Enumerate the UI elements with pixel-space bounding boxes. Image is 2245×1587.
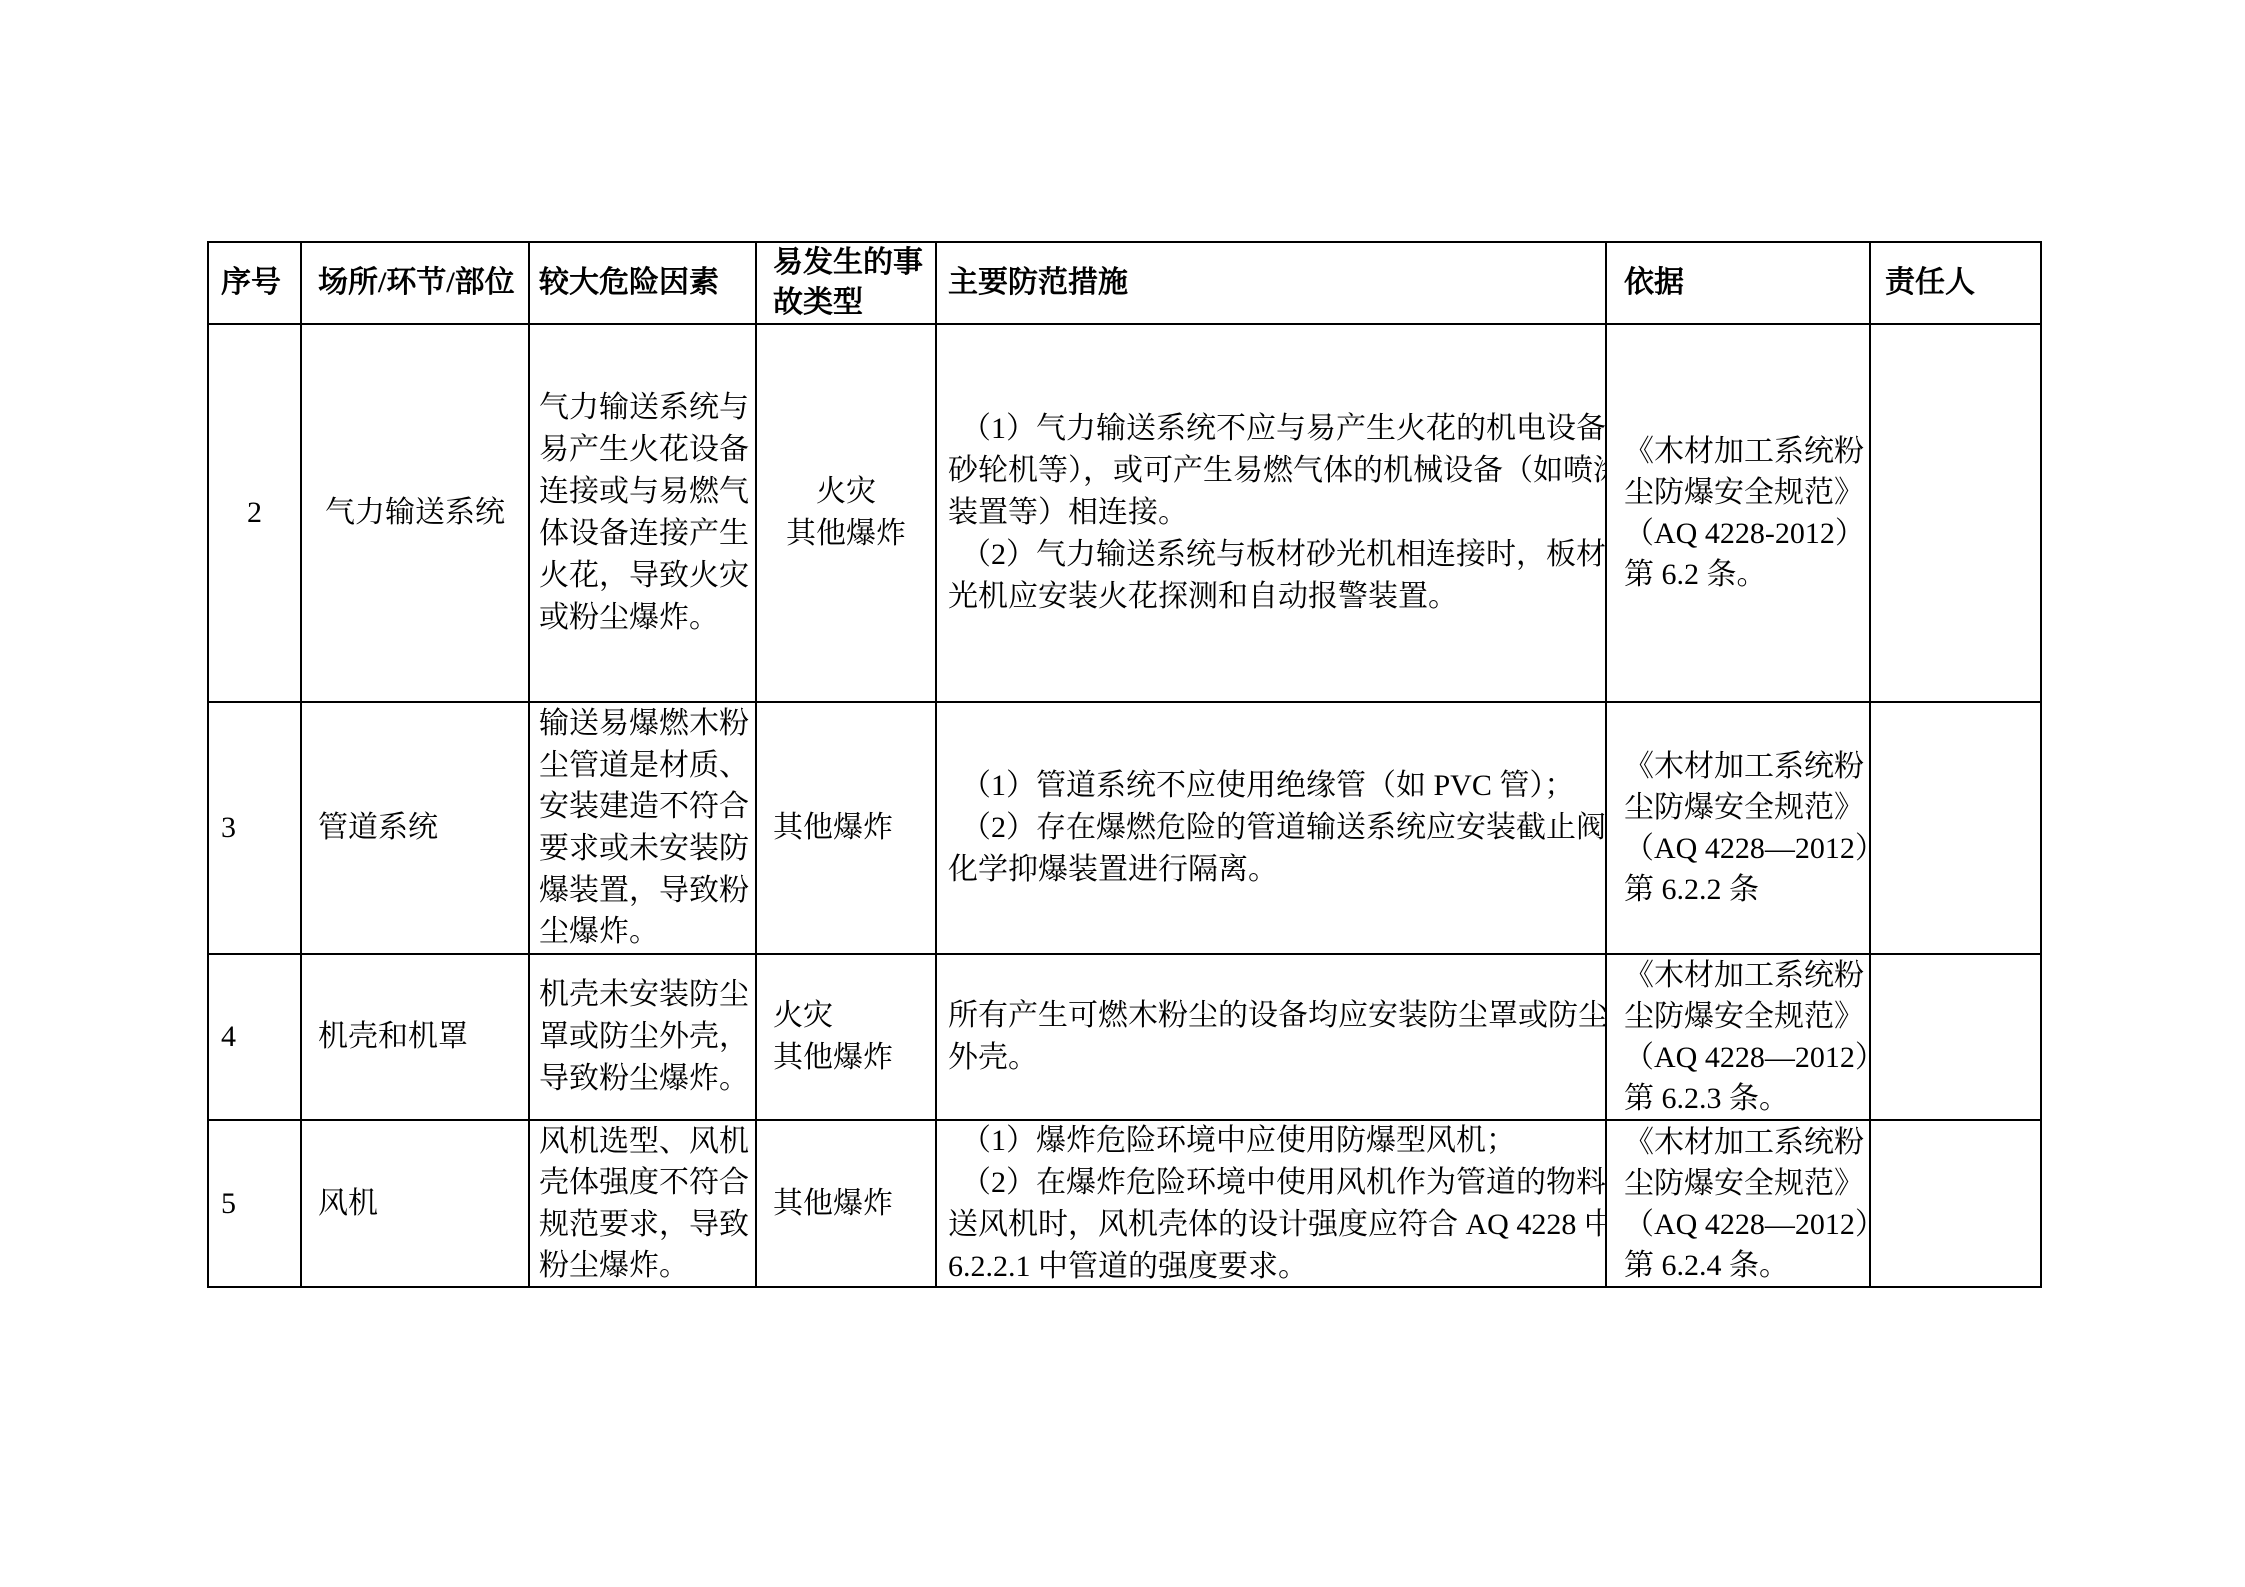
measure-line: 化学抑爆装置进行隔离。 <box>948 849 1605 891</box>
basis-line: （AQ 4228-2012） <box>1624 513 1869 554</box>
accident-type: 火灾 <box>816 471 876 513</box>
measure-line: （1）爆炸危险环境中应使用防爆型风机； <box>948 1121 1605 1162</box>
basis-line: （AQ 4228—2012） <box>1624 1037 1869 1078</box>
row4-basis-cell: 《木材加工系统粉 尘防爆安全规范》 （AQ 4228—2012） 第 6.2.3… <box>1607 955 1871 1121</box>
measure-line: 所有产生可燃木粉尘的设备均应安装防尘罩或防尘 <box>948 995 1605 1037</box>
accident-type: 其他爆炸 <box>773 1183 935 1225</box>
hazard-line: 安装建造不符合 <box>539 786 755 828</box>
row5-accident-cell: 其他爆炸 <box>757 1121 937 1288</box>
row3-hazard-cell: 输送易爆燃木粉 尘管道是材质、 安装建造不符合 要求或未安装防 爆装置，导致粉 … <box>530 703 757 955</box>
measure-line: 外壳。 <box>948 1037 1605 1079</box>
row5-basis-cell: 《木材加工系统粉 尘防爆安全规范》 （AQ 4228—2012） 第 6.2.4… <box>1607 1121 1871 1288</box>
basis-line: 《木材加工系统粉 <box>1624 746 1869 787</box>
measure-line: （2）存在爆燃危险的管道输送系统应安装截止阀或 <box>948 807 1605 849</box>
basis-line: 尘防爆安全规范》 <box>1624 1163 1869 1204</box>
col-header-hazard: 较大危险因素 <box>530 243 757 325</box>
hazard-line: 尘管道是材质、 <box>539 745 755 787</box>
row3-location-cell: 管道系统 <box>302 703 530 955</box>
row5-hazard-cell: 风机选型、风机 壳体强度不符合 规范要求，导致 粉尘爆炸。 <box>530 1121 757 1288</box>
row3-accident-cell: 其他爆炸 <box>757 703 937 955</box>
hazard-line: 罩或防尘外壳， <box>539 1016 755 1058</box>
hazard-line: 易产生火花设备 <box>539 429 755 471</box>
basis-line: 第 6.2 条。 <box>1624 554 1869 595</box>
hazard-line: 连接或与易燃气 <box>539 471 755 513</box>
hazard-line: 粉尘爆炸。 <box>539 1245 755 1286</box>
accident-type: 火灾 <box>773 995 935 1037</box>
basis-line: 第 6.2.3 条。 <box>1624 1078 1869 1119</box>
hazard-line: 输送易爆燃木粉 <box>539 703 755 745</box>
basis-line: 第 6.2.2 条 <box>1624 869 1869 910</box>
measure-line: 砂轮机等），或可产生易燃气体的机械设备（如喷涂 <box>948 450 1605 492</box>
hazard-line: 规范要求，导致 <box>539 1204 755 1245</box>
col-header-location: 场所/环节/部位 <box>302 243 530 325</box>
hazard-line: 导致粉尘爆炸。 <box>539 1058 755 1100</box>
basis-line: （AQ 4228—2012） <box>1624 828 1869 869</box>
basis-line: 《木材加工系统粉 <box>1624 955 1869 996</box>
hazard-line: 爆装置，导致粉 <box>539 870 755 912</box>
col-header-accident: 易发生的事故类型 <box>757 243 937 325</box>
row5-responsible-cell <box>1871 1121 2042 1288</box>
row4-responsible-cell <box>1871 955 2042 1121</box>
row3-responsible-cell <box>1871 703 2042 955</box>
measure-line: （1）管道系统不应使用绝缘管（如 PVC 管）； <box>948 765 1605 807</box>
row3-measures-cell: （1）管道系统不应使用绝缘管（如 PVC 管）； （2）存在爆燃危险的管道输送系… <box>937 703 1607 955</box>
basis-line: 尘防爆安全规范》 <box>1624 472 1869 513</box>
hazard-table: 序号 场所/环节/部位 较大危险因素 易发生的事故类型 主要防范措施 依据 责任… <box>207 241 2042 1288</box>
row4-hazard-cell: 机壳未安装防尘 罩或防尘外壳， 导致粉尘爆炸。 <box>530 955 757 1121</box>
hazard-line: 火花，导致火灾 <box>539 555 755 597</box>
measure-line: 装置等）相连接。 <box>948 492 1605 534</box>
measure-line: 送风机时，风机壳体的设计强度应符合 AQ 4228 中 <box>948 1204 1605 1246</box>
hazard-line: 机壳未安装防尘 <box>539 974 755 1016</box>
basis-line: 《木材加工系统粉 <box>1624 1122 1869 1163</box>
row2-basis-cell: 《木材加工系统粉 尘防爆安全规范》 （AQ 4228-2012） 第 6.2 条… <box>1607 325 1871 703</box>
row4-location-cell: 机壳和机罩 <box>302 955 530 1121</box>
row5-measures-cell: （1）爆炸危险环境中应使用防爆型风机； （2）在爆炸危险环境中使用风机作为管道的… <box>937 1121 1607 1288</box>
basis-line: （AQ 4228—2012） <box>1624 1204 1869 1245</box>
document-page: 序号 场所/环节/部位 较大危险因素 易发生的事故类型 主要防范措施 依据 责任… <box>0 0 2245 1587</box>
col-header-measures: 主要防范措施 <box>937 243 1607 325</box>
row3-seq-cell: 3 <box>209 703 302 955</box>
measure-line: （1）气力输送系统不应与易产生火花的机电设备（如 <box>948 408 1605 450</box>
measure-line: （2）在爆炸危险环境中使用风机作为管道的物料输 <box>948 1162 1605 1204</box>
row3-basis-cell: 《木材加工系统粉 尘防爆安全规范》 （AQ 4228—2012） 第 6.2.2… <box>1607 703 1871 955</box>
row5-seq-cell: 5 <box>209 1121 302 1288</box>
measure-line: （2）气力输送系统与板材砂光机相连接时，板材砂 <box>948 534 1605 576</box>
row4-seq-cell: 4 <box>209 955 302 1121</box>
basis-line: 《木材加工系统粉 <box>1624 431 1869 472</box>
row2-seq-cell: 2 <box>209 325 302 703</box>
hazard-line: 气力输送系统与 <box>539 387 755 429</box>
accident-type: 其他爆炸 <box>773 1037 935 1079</box>
basis-line: 第 6.2.4 条。 <box>1624 1245 1869 1286</box>
accident-type: 其他爆炸 <box>786 513 906 555</box>
col-header-responsible: 责任人 <box>1871 243 2042 325</box>
col-header-basis: 依据 <box>1607 243 1871 325</box>
row2-location-cell: 气力输送系统 <box>302 325 530 703</box>
row2-accident-cell: 火灾 其他爆炸 <box>757 325 937 703</box>
basis-line: 尘防爆安全规范》 <box>1624 787 1869 828</box>
row5-location-cell: 风机 <box>302 1121 530 1288</box>
measure-line: 6.2.2.1 中管道的强度要求。 <box>948 1246 1605 1288</box>
row4-measures-cell: 所有产生可燃木粉尘的设备均应安装防尘罩或防尘 外壳。 <box>937 955 1607 1121</box>
row2-measures-cell: （1）气力输送系统不应与易产生火花的机电设备（如 砂轮机等），或可产生易燃气体的… <box>937 325 1607 703</box>
row2-responsible-cell <box>1871 325 2042 703</box>
col-header-seq: 序号 <box>209 243 302 325</box>
row4-accident-cell: 火灾 其他爆炸 <box>757 955 937 1121</box>
hazard-line: 或粉尘爆炸。 <box>539 597 755 639</box>
hazard-line: 风机选型、风机 <box>539 1121 755 1162</box>
hazard-line: 体设备连接产生 <box>539 513 755 555</box>
hazard-line: 尘爆炸。 <box>539 911 755 953</box>
measure-line: 光机应安装火花探测和自动报警装置。 <box>948 576 1605 618</box>
accident-type: 其他爆炸 <box>773 807 935 849</box>
hazard-line: 要求或未安装防 <box>539 828 755 870</box>
row2-hazard-cell: 气力输送系统与 易产生火花设备 连接或与易燃气 体设备连接产生 火花，导致火灾 … <box>530 325 757 703</box>
basis-line: 尘防爆安全规范》 <box>1624 996 1869 1037</box>
hazard-line: 壳体强度不符合 <box>539 1162 755 1203</box>
